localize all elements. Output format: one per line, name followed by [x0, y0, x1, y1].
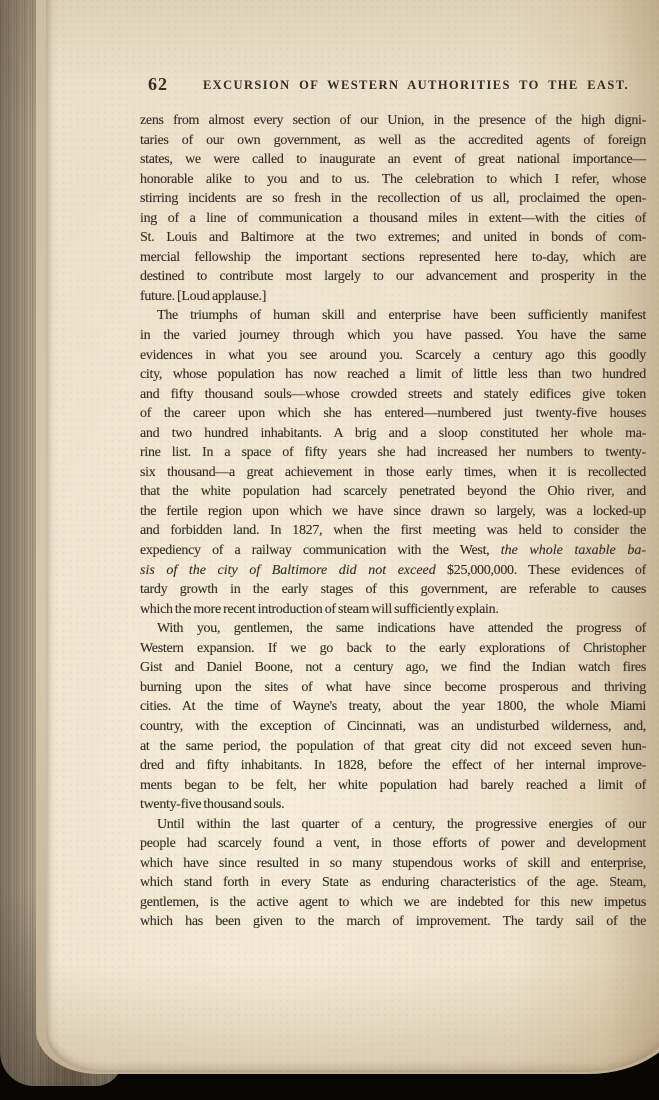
text-line: the fertile region upon which we have si… — [140, 502, 646, 522]
text-line: at the same period, the population of th… — [140, 737, 646, 757]
text-line: expediency of a railway communication wi… — [140, 541, 646, 561]
text-line: twenty-five thousand souls. — [140, 795, 646, 815]
text-line: that the white population had scarcely p… — [140, 482, 646, 502]
text-line: in the varied journey through which you … — [140, 326, 646, 346]
text-line: which the more recent introduction of st… — [140, 600, 646, 620]
text-line: zens from almost every section of our Un… — [140, 111, 646, 131]
text-line: rine list. In a space of fifty years she… — [140, 443, 646, 463]
text-line: sis of the city of Baltimore did not exc… — [140, 561, 646, 581]
text-line: gentlemen, is the active agent to which … — [140, 893, 646, 913]
text-line: and two hundred inhabitants. A brig and … — [140, 424, 646, 444]
text-line: honorable alike to you and to us. The ce… — [140, 170, 646, 190]
scanned-book-photo: 62 EXCURSION OF WESTERN AUTHORITIES TO T… — [0, 0, 659, 1100]
text-line: St. Louis and Baltimore at the two extre… — [140, 228, 646, 248]
text-line: six thousand—a great achievement in thos… — [140, 463, 646, 483]
text-line: stirring incidents are so fresh in the r… — [140, 189, 646, 209]
page-number: 62 — [148, 74, 168, 95]
text-line: city, whose population has now reached a… — [140, 365, 646, 385]
text-line: country, with the exception of Cincinnat… — [140, 717, 646, 737]
text-line: which have since resulted in so many stu… — [140, 854, 646, 874]
text-line: ments began to be felt, her white popula… — [140, 776, 646, 796]
page-content: 62 EXCURSION OF WESTERN AUTHORITIES TO T… — [140, 74, 646, 932]
text-line: cities. At the time of Wayne's treaty, a… — [140, 697, 646, 717]
text-line: evidences in what you see around you. Sc… — [140, 346, 646, 366]
text-line: people had scarcely found a vent, in tho… — [140, 834, 646, 854]
text-line: dred and fifty inhabitants. In 1828, bef… — [140, 756, 646, 776]
text-line: burning upon the sites of what have sinc… — [140, 678, 646, 698]
text-line: and forbidden land. In 1827, when the fi… — [140, 521, 646, 541]
book-page: 62 EXCURSION OF WESTERN AUTHORITIES TO T… — [46, 0, 659, 1072]
text-line: Western expansion. If we go back to the … — [140, 639, 646, 659]
text-line: which stand forth in every State as endu… — [140, 873, 646, 893]
text-line: tardy growth in the early stages of this… — [140, 580, 646, 600]
body-text: zens from almost every section of our Un… — [140, 111, 646, 932]
text-line: Until within the last quarter of a centu… — [140, 815, 646, 835]
text-line: Gist and Daniel Boone, not a century ago… — [140, 658, 646, 678]
text-line: mercial fellowship the important section… — [140, 248, 646, 268]
text-line: destined to contribute most largely to o… — [140, 267, 646, 287]
text-line: future. [Loud applause.] — [140, 287, 646, 307]
text-line: ing of a line of communication a thousan… — [140, 209, 646, 229]
text-line: which has been given to the march of imp… — [140, 912, 646, 932]
text-line: The triumphs of human skill and enterpri… — [140, 306, 646, 326]
text-line: and fifty thousand souls—whose crowded s… — [140, 385, 646, 405]
running-header: EXCURSION OF WESTERN AUTHORITIES TO THE … — [140, 74, 646, 93]
running-head-row: 62 EXCURSION OF WESTERN AUTHORITIES TO T… — [140, 74, 646, 98]
text-line: states, we were called to inaugurate an … — [140, 150, 646, 170]
text-line: taries of our own government, as well as… — [140, 131, 646, 151]
text-line: of the career upon which she has entered… — [140, 404, 646, 424]
text-line: With you, gentlemen, the same indication… — [140, 619, 646, 639]
